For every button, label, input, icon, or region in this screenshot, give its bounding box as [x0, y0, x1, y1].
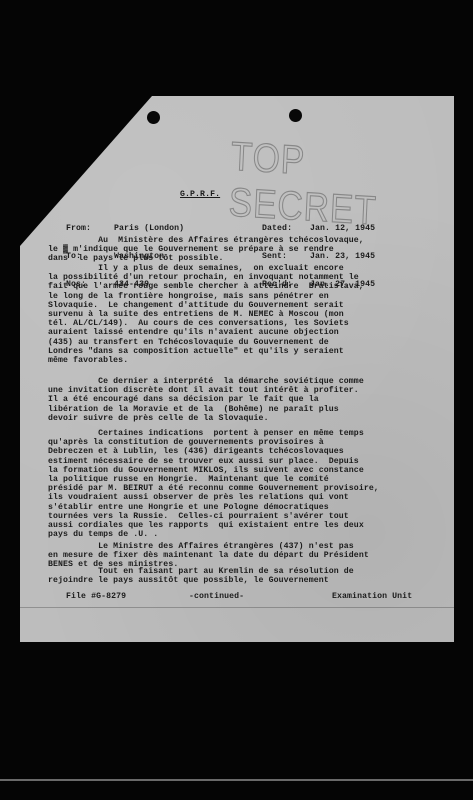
paragraph-4: Certaines indications portent à penser e…: [48, 429, 379, 539]
paragraph-1: Au Ministère des Affaires étrangères tch…: [48, 236, 364, 264]
footer-divider: [20, 607, 454, 608]
dated-value: Jan. 12, 1945: [310, 224, 375, 233]
file-number: File #G-8279: [66, 592, 126, 601]
examination-unit: Examination Unit: [332, 592, 412, 601]
scan-border-line: [0, 779, 473, 781]
document-page: TOP SECRET G.P.R.F. From:Paris (London) …: [20, 96, 454, 642]
paragraph-6: Tout en faisant part au Kremlin de sa ré…: [48, 567, 354, 585]
agency-heading: G.P.R.F.: [180, 190, 220, 199]
from-value: Paris (London): [114, 224, 184, 233]
dated-label: Dated:: [262, 224, 310, 233]
document-footer: File #G-8279 -continued- Examination Uni…: [48, 592, 438, 638]
punch-hole-right: [289, 109, 302, 122]
paragraph-2: Il y a plus de deux semaines, on excluai…: [48, 264, 364, 365]
continued-marker: -continued-: [189, 592, 244, 601]
paragraph-3: Ce dernier a interprété la démarche sovi…: [48, 377, 364, 423]
from-label: From:: [66, 224, 114, 233]
punch-hole-left: [147, 111, 160, 124]
paragraph-5: Le Ministre des Affaires étrangères (437…: [48, 542, 369, 570]
